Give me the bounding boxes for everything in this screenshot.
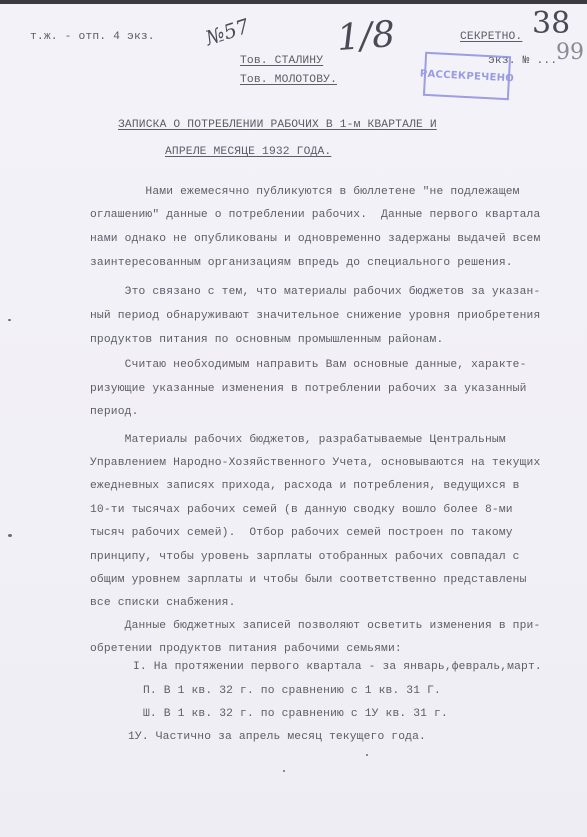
- body-line: общим уровнем зарплаты и чтобы были соот…: [90, 574, 527, 586]
- body-line: Управлением Народно-Хозяйственного Учета…: [90, 457, 540, 469]
- body-line: Считаю необходимым направить Вам основны…: [90, 359, 527, 371]
- body-line: ризующие указанные изменения в потреблен…: [90, 383, 527, 395]
- scan-speck: [283, 770, 285, 772]
- body-line: 10-ти тысячах рабочих семей (в данную св…: [90, 504, 513, 516]
- document-page: т.ж. - отп. 4 экз. №57 1/8 СЕКРЕТНО. 38 …: [0, 4, 587, 837]
- secrecy-mark: СЕКРЕТНО.: [460, 31, 522, 43]
- handwritten-folio-secondary: 99: [556, 40, 584, 65]
- body-line: ный период обнаруживают значительное сни…: [90, 310, 540, 322]
- handwritten-resolution: 1/8: [336, 14, 397, 59]
- body-line: продуктов питания по основным промышленн…: [90, 334, 443, 346]
- addressee-stalin: Тов. СТАЛИНУ: [240, 55, 323, 67]
- addressee-molotov: Тов. МОЛОТОВУ.: [240, 74, 337, 86]
- scan-speck: [366, 754, 368, 756]
- body-line: Данные бюджетных записей позволяют освет…: [90, 620, 540, 632]
- body-line: оглашению" данные о потреблении рабочих.…: [90, 209, 540, 221]
- declassified-stamp: РАССЕКРЕЧЕНО: [423, 52, 511, 100]
- handwritten-number: №57: [202, 14, 252, 51]
- body-line: Нами ежемесячно публикуются в бюллетене …: [90, 186, 520, 198]
- scan-speck: [8, 319, 11, 321]
- list-item: I. На протяжении первого квартала - за я…: [133, 661, 542, 673]
- list-item: П. В 1 кв. 32 г. по сравнению с 1 кв. 31…: [143, 685, 441, 697]
- body-line: обретении продуктов питания рабочими сем…: [90, 643, 402, 655]
- body-line: все списки снабжения.: [90, 597, 236, 609]
- body-line: принципу, чтобы уровень зарплаты отобран…: [90, 551, 520, 563]
- body-line: тысяч рабочих семей). Отбор рабочих семе…: [90, 527, 513, 539]
- body-line: заинтересованным организациям впредь до …: [90, 257, 513, 269]
- copies-note: т.ж. - отп. 4 экз.: [30, 31, 155, 43]
- body-line: нами однако не опубликованы и одновремен…: [90, 233, 540, 245]
- list-item: 1У. Частично за апрель месяц текущего го…: [128, 731, 426, 743]
- list-item: Ш. В 1 кв. 32 г. по сравнению с 1У кв. 3…: [143, 708, 448, 720]
- body-line: Материалы рабочих бюджетов, разрабатывае…: [90, 434, 506, 446]
- handwritten-folio: 38: [532, 6, 570, 41]
- document-title-line-2: АПРЕЛЕ МЕСЯЦЕ 1932 ГОДА.: [165, 146, 331, 158]
- document-title-line-1: ЗАПИСКА О ПОТРЕБЛЕНИИ РАБОЧИХ В 1-м КВАР…: [118, 119, 437, 131]
- scan-speck: [8, 534, 12, 537]
- body-line: Это связано с тем, что материалы рабочих…: [90, 286, 540, 298]
- body-line: период.: [90, 406, 139, 418]
- body-line: ежедневных записях прихода, расхода и по…: [90, 480, 520, 492]
